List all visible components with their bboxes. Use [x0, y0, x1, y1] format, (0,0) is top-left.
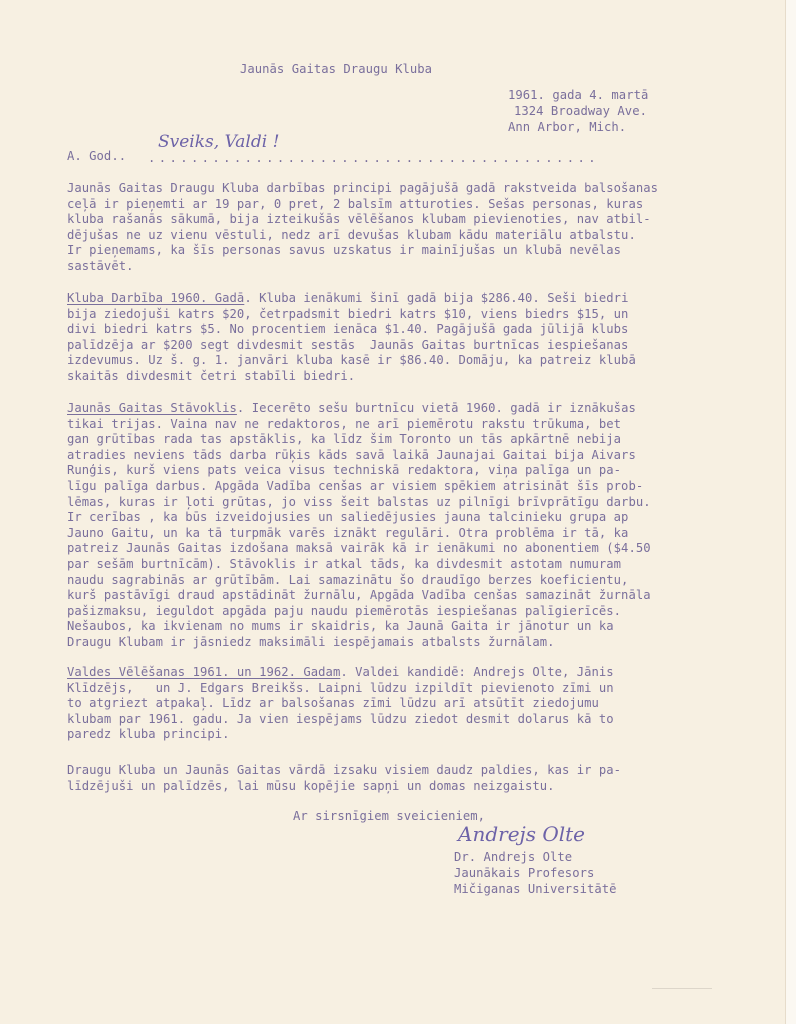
- section-heading: Kluba Darbība 1960. Gadā: [67, 291, 244, 305]
- salutation-dots: ........................................…: [148, 151, 599, 167]
- handwritten-greeting: Sveiks, Valdi !: [158, 132, 279, 152]
- page-edge: [786, 0, 796, 1024]
- archive-line: [652, 988, 712, 989]
- signer-affiliation: Mičiganas Universitātē: [454, 882, 617, 898]
- paragraph-magazine-status: Jaunās Gaitas Stāvoklis. Iecerēto sešu b…: [67, 401, 651, 651]
- paragraph-board-elections: Valdes Vēlēšanas 1961. un 1962. Gadam. V…: [67, 665, 614, 743]
- salutation-prefix: A. God..: [67, 149, 126, 165]
- paragraph-club-activity: Kluba Darbība 1960. Gadā. Kluba ienākumi…: [67, 291, 636, 385]
- section-heading: Valdes Vēlēšanas 1961. un 1962. Gadam: [67, 665, 340, 679]
- signer-name: Dr. Andrejs Olte: [454, 850, 572, 866]
- paragraph-thanks: Draugu Kluba un Jaunās Gaitas vārdā izsa…: [67, 763, 621, 794]
- address-street: 1324 Broadway Ave.: [514, 104, 647, 120]
- closing: Ar sirsnīgiem sveicieniem,: [293, 809, 485, 825]
- signer-title: Jaunākais Profesors: [454, 866, 594, 882]
- letterhead: Jaunās Gaitas Draugu Kluba: [240, 62, 432, 78]
- letter-date: 1961. gada 4. martā: [508, 88, 648, 104]
- section-heading: Jaunās Gaitas Stāvoklis: [67, 401, 237, 415]
- handwritten-signature: Andrejs Olte: [458, 822, 585, 846]
- address-city: Ann Arbor, Mich.: [508, 120, 626, 136]
- paragraph-intro: Jaunās Gaitas Draugu Kluba darbības prin…: [67, 181, 658, 275]
